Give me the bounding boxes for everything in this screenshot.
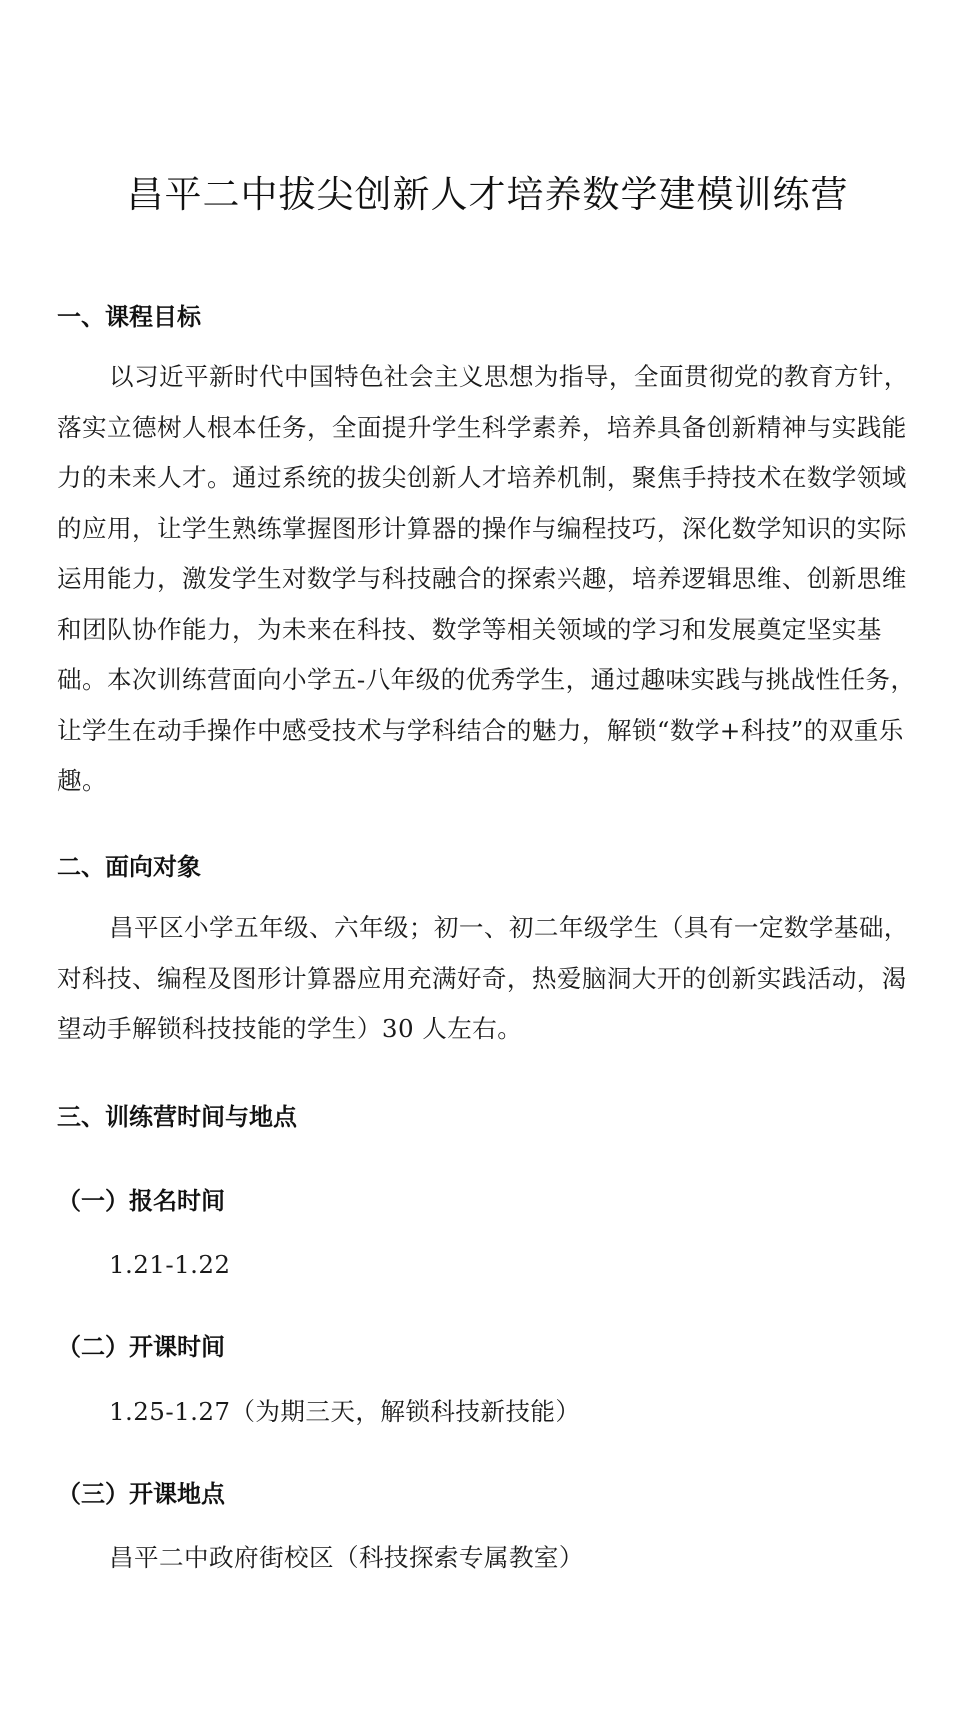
paragraph-line: 趣。	[57, 756, 957, 807]
class-time-value: 1.25-1.27（为期三天，解锁科技新技能）	[109, 1395, 580, 1429]
registration-time-value: 1.21-1.22	[109, 1248, 230, 1282]
course-goals-paragraph: 以习近平新时代中国特色社会主义思想为指导，全面贯彻党的教育方针， 落实立德树人根…	[57, 352, 957, 807]
paragraph-line: 对科技、编程及图形计算器应用充满好奇，热爱脑洞大开的创新实践活动，渴	[57, 954, 957, 1005]
paragraph-line: 望动手解锁科技技能的学生）30 人左右。	[57, 1004, 957, 1055]
paragraph-line: 以习近平新时代中国特色社会主义思想为指导，全面贯彻党的教育方针，	[57, 352, 957, 403]
subsection-heading-registration-time: （一）报名时间	[57, 1184, 225, 1218]
paragraph-line: 昌平区小学五年级、六年级；初一、初二年级学生（具有一定数学基础，	[57, 903, 957, 954]
paragraph-line: 力的未来人才。通过系统的拔尖创新人才培养机制，聚焦手持技术在数学领域	[57, 453, 957, 504]
subsection-heading-class-location: （三）开课地点	[57, 1477, 225, 1511]
section-heading-target-audience: 二、面向对象	[57, 850, 201, 884]
paragraph-line: 的应用，让学生熟练掌握图形计算器的操作与编程技巧，深化数学知识的实际	[57, 504, 957, 555]
section-heading-time-location: 三、训练营时间与地点	[57, 1100, 297, 1134]
paragraph-line: 让学生在动手操作中感受技术与学科结合的魅力，解锁“数学+科技”的双重乐	[57, 706, 957, 757]
paragraph-line: 础。本次训练营面向小学五-八年级的优秀学生，通过趣味实践与挑战性任务，	[57, 655, 957, 706]
paragraph-line: 和团队协作能力，为未来在科技、数学等相关领域的学习和发展奠定坚实基	[57, 605, 957, 656]
target-audience-paragraph: 昌平区小学五年级、六年级；初一、初二年级学生（具有一定数学基础， 对科技、编程及…	[57, 903, 957, 1055]
subsection-heading-class-time: （二）开课时间	[57, 1330, 225, 1364]
paragraph-line: 运用能力，激发学生对数学与科技融合的探索兴趣，培养逻辑思维、创新思维	[57, 554, 957, 605]
document-title: 昌平二中拔尖创新人才培养数学建模训练营	[0, 170, 975, 220]
section-heading-course-goals: 一、课程目标	[57, 300, 201, 334]
class-location-value: 昌平二中政府街校区（科技探索专属教室）	[109, 1541, 584, 1575]
paragraph-line: 落实立德树人根本任务，全面提升学生科学素养，培养具备创新精神与实践能	[57, 403, 957, 454]
